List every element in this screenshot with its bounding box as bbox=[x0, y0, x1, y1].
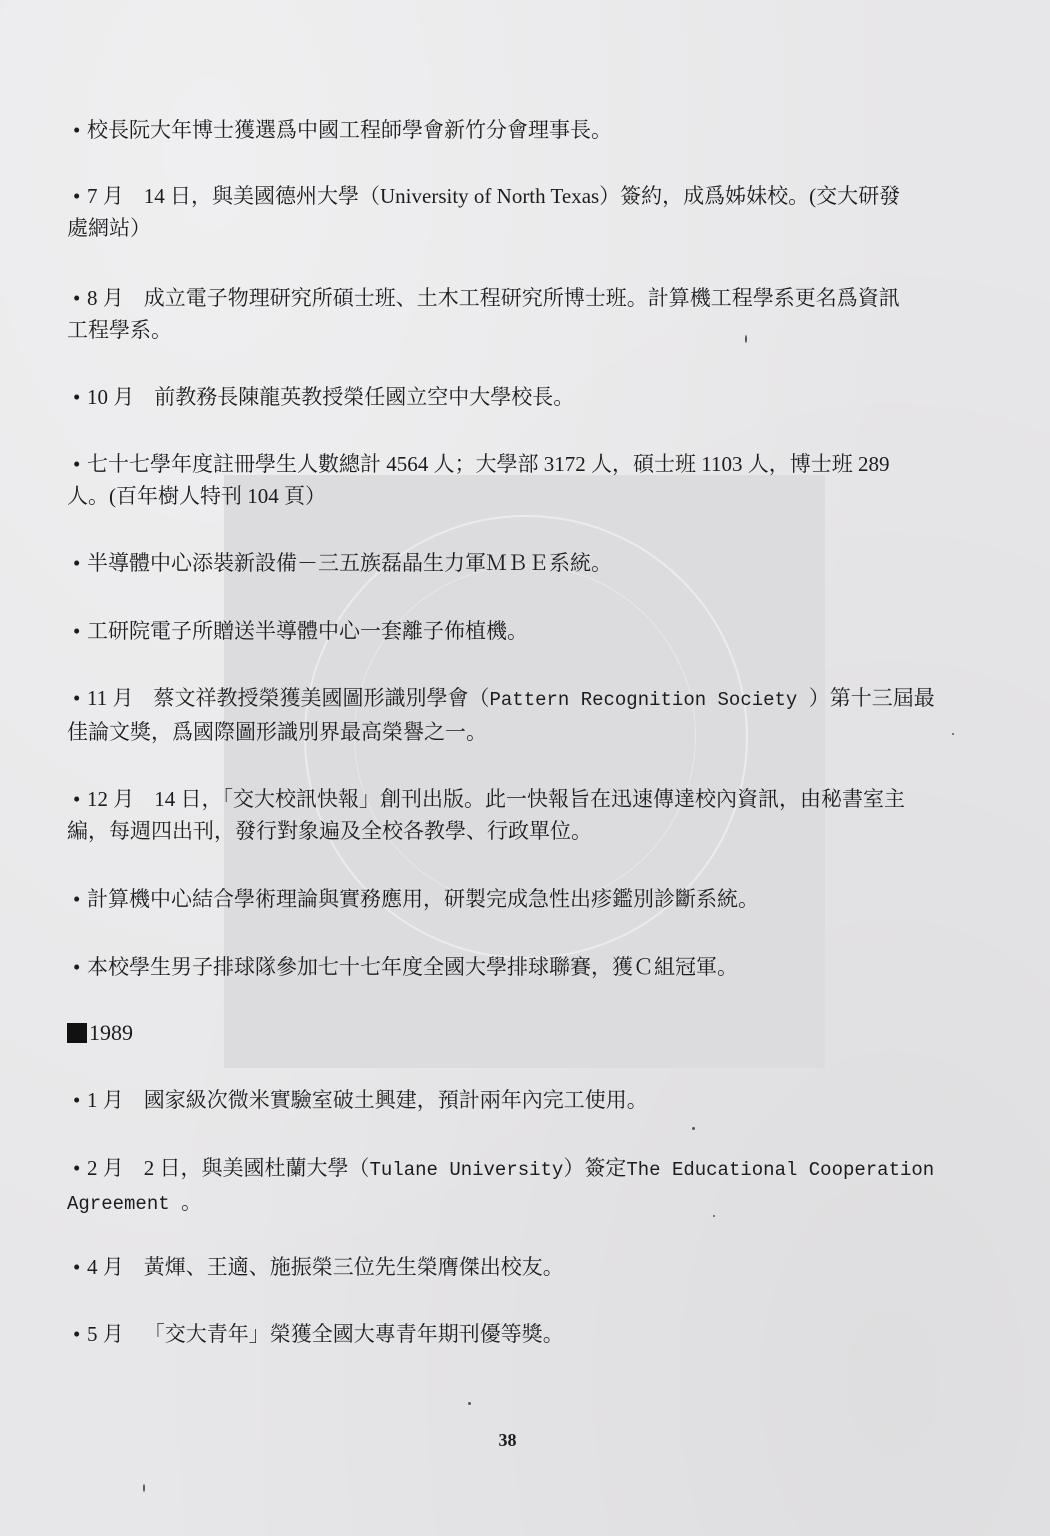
entry-text: 半導體中心添裝新設備－三五族磊晶生力軍ＭＢＥ系統。 bbox=[87, 551, 612, 575]
list-item: •1 月國家級次微米實驗室破土興建，預計兩年內完工使用。 bbox=[67, 1084, 952, 1116]
entry-month: 4 月 bbox=[87, 1255, 124, 1279]
entry-month: 8 月 bbox=[87, 286, 124, 310]
list-item: •5 月「交大青年」榮獲全國大專青年期刊優等獎。 bbox=[67, 1318, 952, 1350]
scan-speck bbox=[692, 1127, 695, 1130]
entry-text: 國家級次微米實驗室破土興建，預計兩年內完工使用。 bbox=[144, 1088, 648, 1112]
year-heading-text: 1989 bbox=[89, 1018, 133, 1048]
entry-month: 12 月 bbox=[87, 787, 134, 811]
list-item: •10 月前教務長陳龍英教授榮任國立空中大學校長。 bbox=[67, 381, 952, 413]
entry-text-continued: 編，每週四出刊，發行對象遍及全校各教學、行政單位。 bbox=[67, 819, 592, 843]
bullet: • bbox=[73, 951, 81, 983]
list-item: •半導體中心添裝新設備－三五族磊晶生力軍ＭＢＥ系統。 bbox=[67, 547, 952, 579]
entry-text: 「交大青年」榮獲全國大專青年期刊優等獎。 bbox=[144, 1322, 564, 1346]
entry-month: 2 月 bbox=[87, 1156, 124, 1180]
list-item: •計算機中心結合學術理論與實務應用，研製完成急性出疹鑑別診斷系統。 bbox=[67, 883, 952, 915]
entry-month: 5 月 bbox=[87, 1322, 124, 1346]
entry-text: 工研院電子所贈送半導體中心一套離子佈植機。 bbox=[87, 619, 528, 643]
entry-text: 黃煇、王適、施振榮三位先生榮膺傑出校友。 bbox=[144, 1255, 564, 1279]
list-item: •8 月成立電子物理研究所碩士班、土木工程研究所博士班。計算機工程學系更名爲資訊… bbox=[67, 282, 952, 346]
entry-month: 1 月 bbox=[87, 1088, 124, 1112]
list-item: •校長阮大年博士獲選爲中國工程師學會新竹分會理事長。 bbox=[67, 114, 952, 146]
entry-text-end: 。 bbox=[181, 1190, 202, 1214]
entry-text-continued: 佳論文獎，爲國際圖形識別界最高榮譽之一。 bbox=[67, 720, 487, 744]
entry-text: 七十七學年度註冊學生人數總計 4564 人；大學部 3172 人，碩士班 110… bbox=[87, 452, 889, 476]
bullet: • bbox=[73, 180, 81, 212]
entry-text-continued: 人。(百年樹人特刊 104 頁） bbox=[67, 484, 326, 508]
list-item: •11 月蔡文祥教授榮獲美國圖形識別學會（Pattern Recognition… bbox=[67, 682, 952, 748]
list-item: •7 月14 日，與美國德州大學（University of North Tex… bbox=[67, 180, 952, 244]
bullet: • bbox=[73, 783, 81, 815]
entry-text-continued: 處網站） bbox=[67, 216, 151, 240]
entry-text: 前教務長陳龍英教授榮任國立空中大學校長。 bbox=[154, 385, 574, 409]
entry-month: 7 月 bbox=[87, 184, 124, 208]
entry-text: 校長阮大年博士獲選爲中國工程師學會新竹分會理事長。 bbox=[87, 118, 612, 142]
bullet: • bbox=[73, 1084, 81, 1116]
bullet: • bbox=[73, 547, 81, 579]
scan-speck bbox=[468, 1402, 471, 1405]
bullet: • bbox=[73, 282, 81, 314]
entry-month: 10 月 bbox=[87, 385, 134, 409]
scan-speck bbox=[713, 1215, 715, 1217]
entry-text: 本校學生男子排球隊參加七十七年度全國大學排球聯賽，獲Ｃ組冠軍。 bbox=[87, 955, 738, 979]
list-item: •本校學生男子排球隊參加七十七年度全國大學排球聯賽，獲Ｃ組冠軍。 bbox=[67, 951, 952, 983]
list-item: •12 月14 日，「交大校訊快報」創刊出版。此一快報旨在迅速傳達校內資訊，由秘… bbox=[67, 783, 952, 847]
document-page: •校長阮大年博士獲選爲中國工程師學會新竹分會理事長。 •7 月14 日，與美國德… bbox=[0, 0, 1050, 1536]
entry-text-english: Tulane University bbox=[370, 1159, 564, 1181]
year-heading-1989: 1989 bbox=[67, 1018, 133, 1048]
entry-text: 14 日，與美國德州大學（University of North Texas）簽… bbox=[144, 184, 900, 208]
entry-text: 2 日，與美國杜蘭大學（ bbox=[144, 1156, 370, 1180]
bullet: • bbox=[73, 615, 81, 647]
bullet: • bbox=[73, 1251, 81, 1283]
bullet: • bbox=[73, 883, 81, 915]
entry-text: 計算機中心結合學術理論與實務應用，研製完成急性出疹鑑別診斷系統。 bbox=[87, 887, 759, 911]
bullet: • bbox=[73, 114, 81, 146]
bullet: • bbox=[73, 1152, 81, 1184]
bullet: • bbox=[73, 682, 81, 714]
entry-text: 14 日，「交大校訊快報」創刊出版。此一快報旨在迅速傳達校內資訊，由秘書室主 bbox=[154, 787, 905, 811]
list-item: •2 月2 日，與美國杜蘭大學（Tulane University）簽定The … bbox=[67, 1152, 952, 1220]
scan-speck bbox=[745, 335, 747, 343]
page-number: 38 bbox=[0, 1430, 1015, 1451]
bullet: • bbox=[73, 381, 81, 413]
entry-text: 蔡文祥教授榮獲美國圖形識別學會（ bbox=[153, 686, 489, 710]
scan-speck bbox=[143, 1484, 145, 1492]
entry-text: ）第十三屆最 bbox=[809, 686, 935, 710]
entry-text-english: The Educational Cooperation bbox=[626, 1159, 934, 1181]
entry-text-english-continued: Agreement bbox=[67, 1193, 181, 1215]
entry-text: 成立電子物理研究所碩士班、土木工程研究所博士班。計算機工程學系更名爲資訊 bbox=[144, 286, 900, 310]
bullet: • bbox=[73, 448, 81, 480]
list-item: •工研院電子所贈送半導體中心一套離子佈植機。 bbox=[67, 615, 952, 647]
entry-text: ）簽定 bbox=[563, 1156, 626, 1180]
list-item: •七十七學年度註冊學生人數總計 4564 人；大學部 3172 人，碩士班 11… bbox=[67, 448, 952, 512]
scan-speck bbox=[952, 733, 954, 735]
black-square-icon bbox=[67, 1023, 87, 1043]
entry-text-english: Pattern Recognition Society bbox=[489, 689, 808, 711]
entry-text-continued: 工程學系。 bbox=[67, 318, 172, 342]
entry-month: 11 月 bbox=[87, 686, 133, 710]
list-item: •4 月黃煇、王適、施振榮三位先生榮膺傑出校友。 bbox=[67, 1251, 952, 1283]
bullet: • bbox=[73, 1318, 81, 1350]
